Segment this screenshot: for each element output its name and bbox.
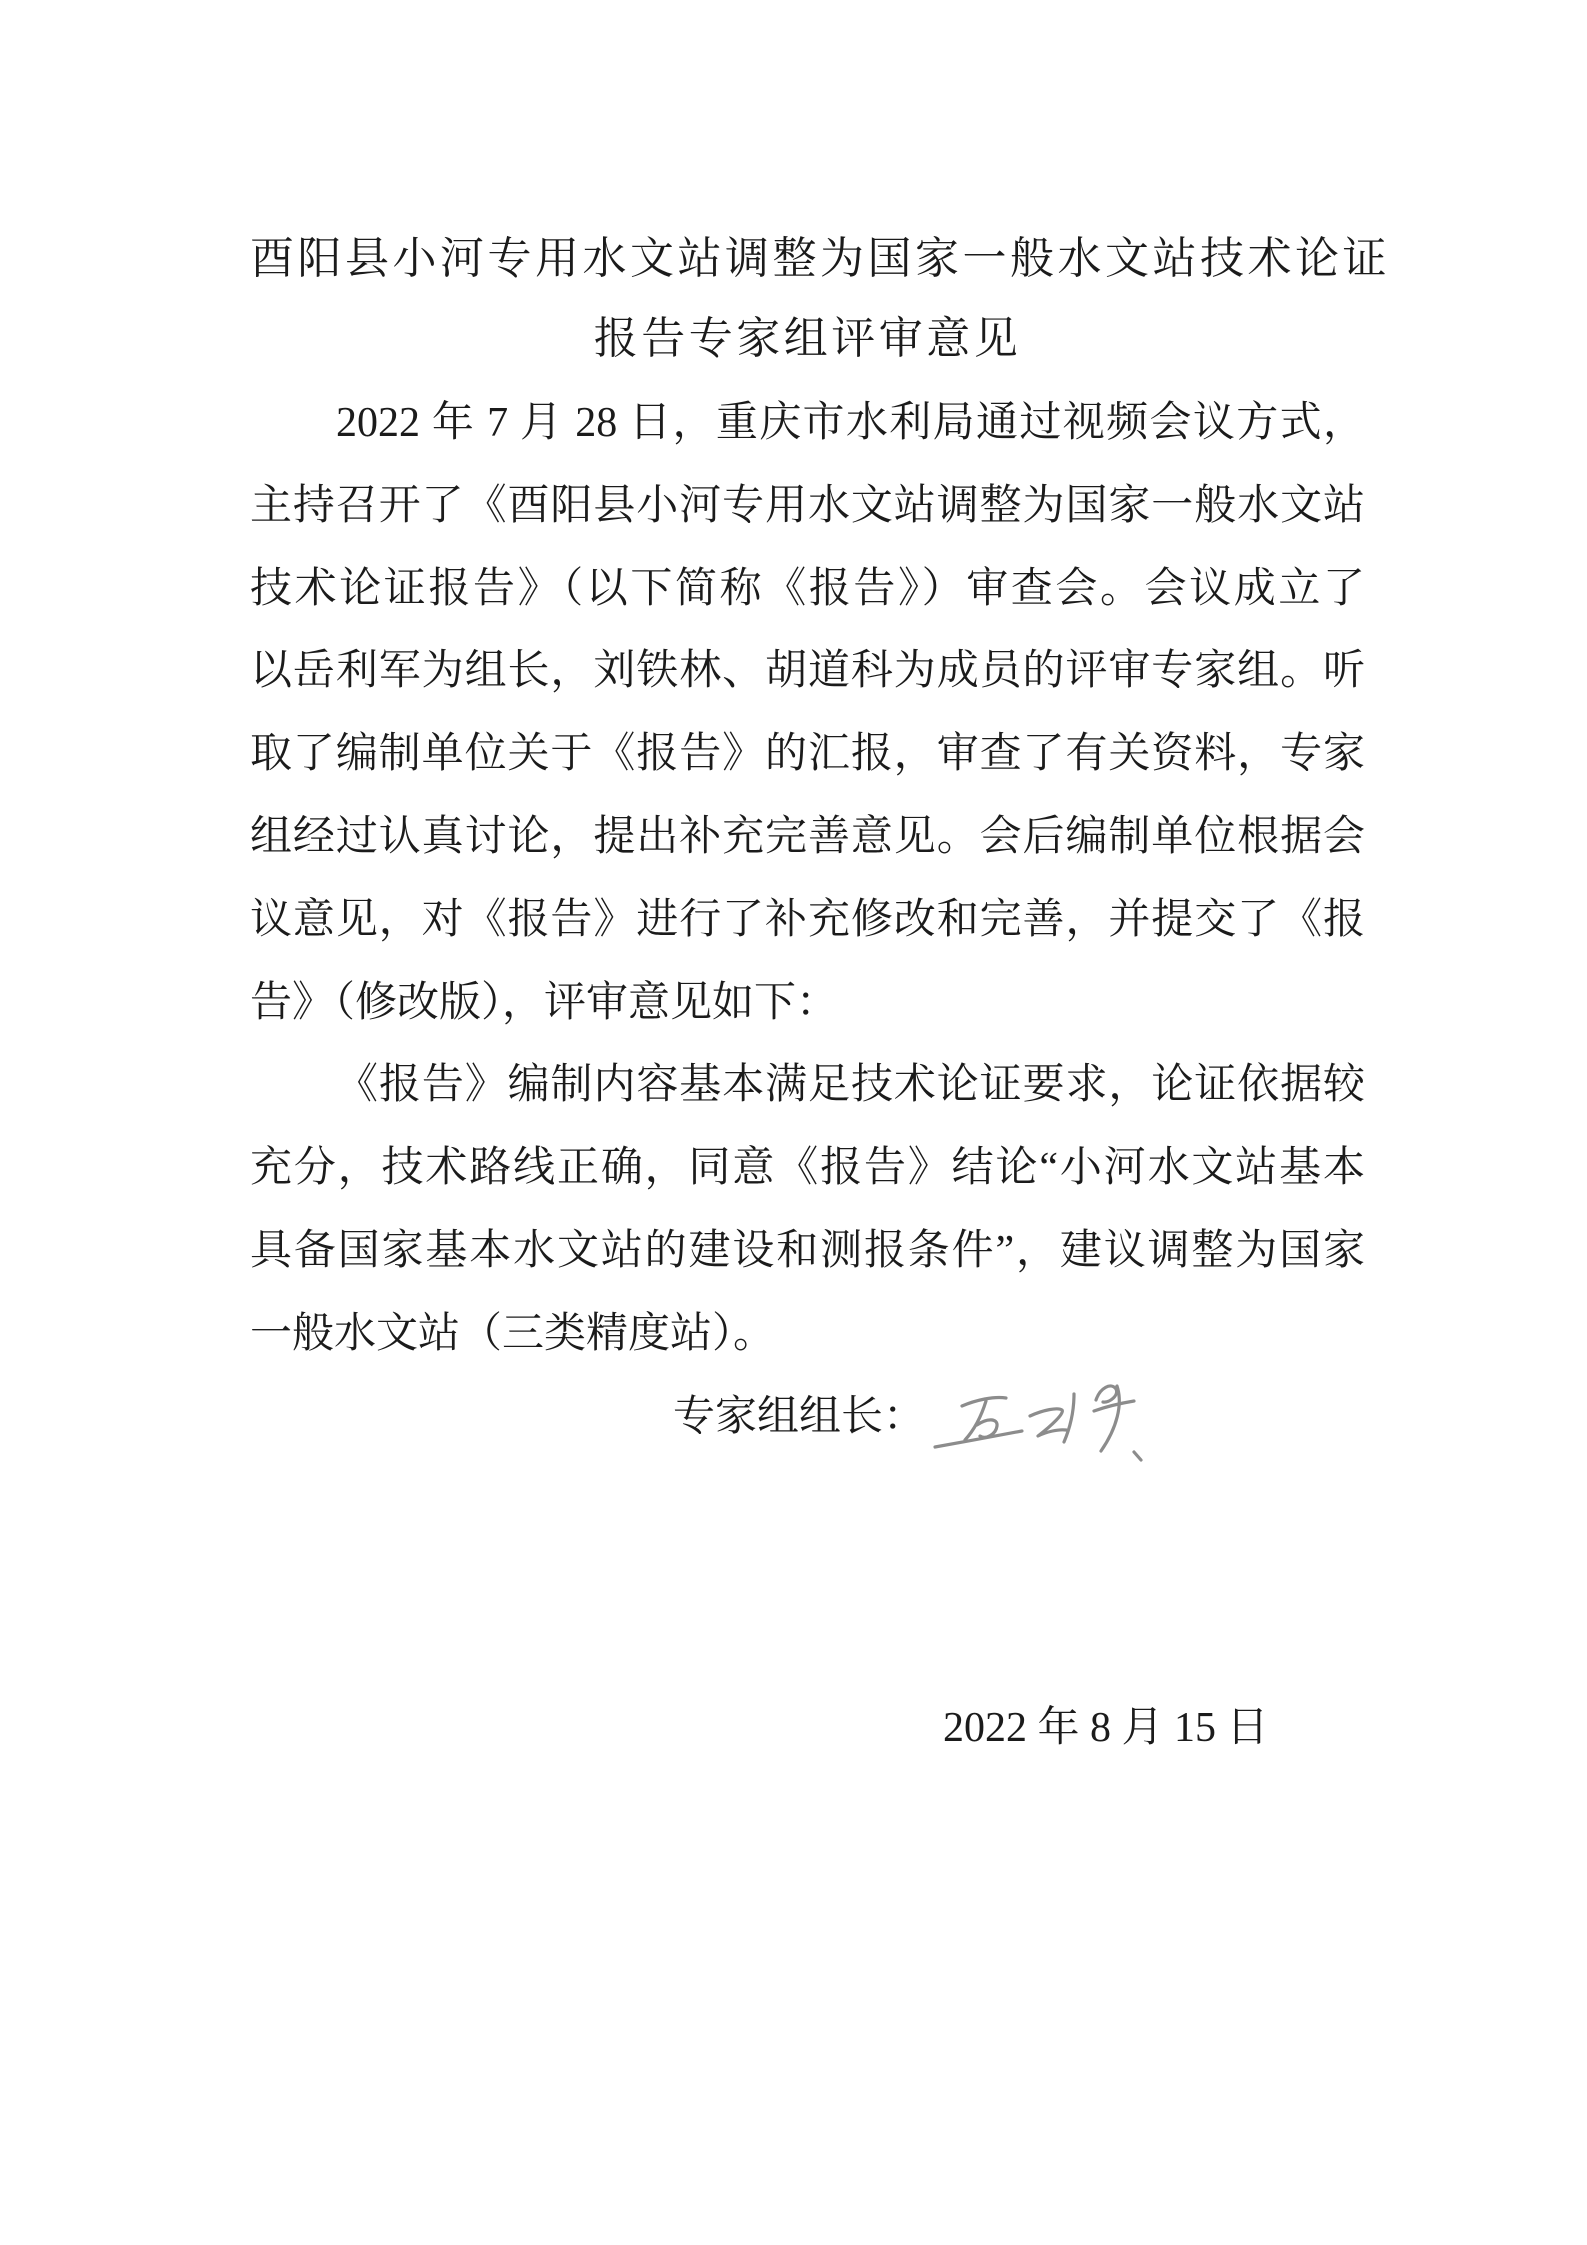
- signature-stroke: [935, 1431, 1022, 1447]
- document-title: 酉阳县小河专用水文站调整为国家一般水文站技术论证 报告专家组评审意见: [250, 219, 1365, 379]
- body-line: 一般水文站（三类精度站）。: [250, 1293, 1365, 1376]
- signature-stroke: [1064, 1394, 1074, 1442]
- body-line: 取了编制单位关于《报告》的汇报，审查了有关资料，专家: [250, 713, 1365, 796]
- date-line: 2022 年 8 月 15 日: [943, 1705, 1269, 1751]
- signature-stroke: [1030, 1409, 1066, 1436]
- body-line: 2022 年 7 月 28 日，重庆市水利局通过视频会议方式，: [250, 382, 1365, 465]
- document-page: 酉阳县小河专用水文站调整为国家一般水文站技术论证 报告专家组评审意见 2022 …: [0, 0, 1587, 2245]
- body-line: 具备国家基本水文站的建设和测报条件”，建议调整为国家: [250, 1210, 1365, 1293]
- signature-label: 专家组组长：: [673, 1392, 925, 1442]
- signature-stroke: [1134, 1452, 1141, 1460]
- body-line: 告》（修改版），评审意见如下：: [250, 962, 1365, 1045]
- body-line: 以岳利军为组长，刘铁林、胡道科为成员的评审专家组。听: [250, 630, 1365, 713]
- body-line: 充分，技术路线正确，同意《报告》结论“小河水文站基本: [250, 1127, 1365, 1210]
- document-body: 2022 年 7 月 28 日，重庆市水利局通过视频会议方式， 主持召开了《酉阳…: [250, 382, 1365, 1376]
- document-title-line-1: 酉阳县小河专用水文站调整为国家一般水文站技术论证: [250, 219, 1365, 299]
- body-line: 组经过认真讨论，提出补充完善意见。会后编制单位根据会: [250, 796, 1365, 879]
- body-line: 技术论证报告》（以下简称《报告》）审查会。会议成立了: [250, 548, 1365, 631]
- signature-stroke: [1096, 1386, 1117, 1402]
- document-title-line-2: 报告专家组评审意见: [250, 299, 1365, 379]
- body-line: 主持召开了《酉阳县小河专用水文站调整为国家一般水文站: [250, 465, 1365, 548]
- body-line: 议意见，对《报告》进行了补充修改和完善，并提交了《报: [250, 879, 1365, 962]
- body-line: 《报告》编制内容基本满足技术论证要求，论证依据较: [250, 1044, 1365, 1127]
- signature-stroke: [1094, 1401, 1134, 1411]
- handwritten-signature: [918, 1376, 1178, 1476]
